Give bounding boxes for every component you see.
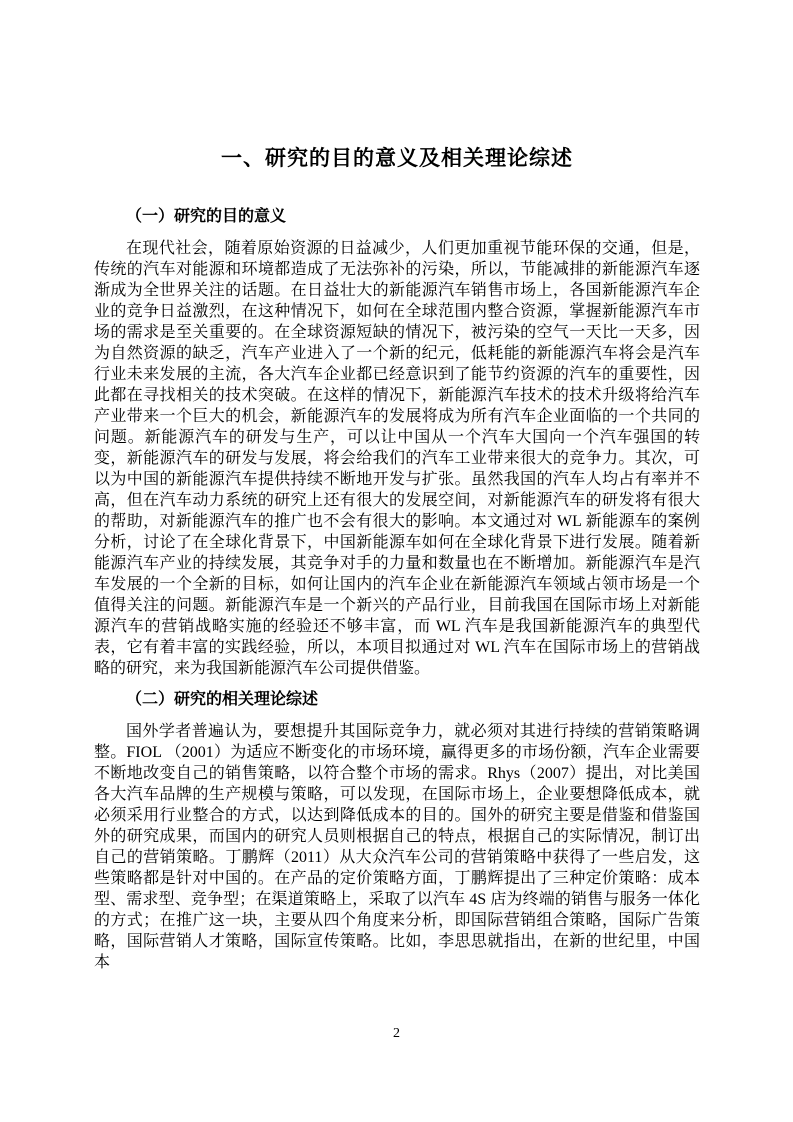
document-page: 一、研究的目的意义及相关理论综述 （一）研究的目的意义 在现代社会，随着原始资源… xyxy=(0,0,793,1122)
section-purpose: （一）研究的目的意义 在现代社会，随着原始资源的日益减少，人们更加重视节能环保的… xyxy=(94,206,700,679)
section-2-paragraph: 国外学者普遍认为，要想提升其国际竞争力，就必须对其进行持续的营销策略调整。FIO… xyxy=(94,721,700,973)
section-1-heading: （一）研究的目的意义 xyxy=(94,206,700,227)
section-theory-review: （二）研究的相关理论综述 国外学者普遍认为，要想提升其国际竞争力，就必须对其进行… xyxy=(94,689,700,973)
page-number: 2 xyxy=(0,1026,793,1042)
section-1-paragraph: 在现代社会，随着原始资源的日益减少，人们更加重视节能环保的交通，但是，传统的汽车… xyxy=(94,238,700,679)
section-2-heading: （二）研究的相关理论综述 xyxy=(94,689,700,710)
document-title: 一、研究的目的意义及相关理论综述 xyxy=(94,145,700,173)
